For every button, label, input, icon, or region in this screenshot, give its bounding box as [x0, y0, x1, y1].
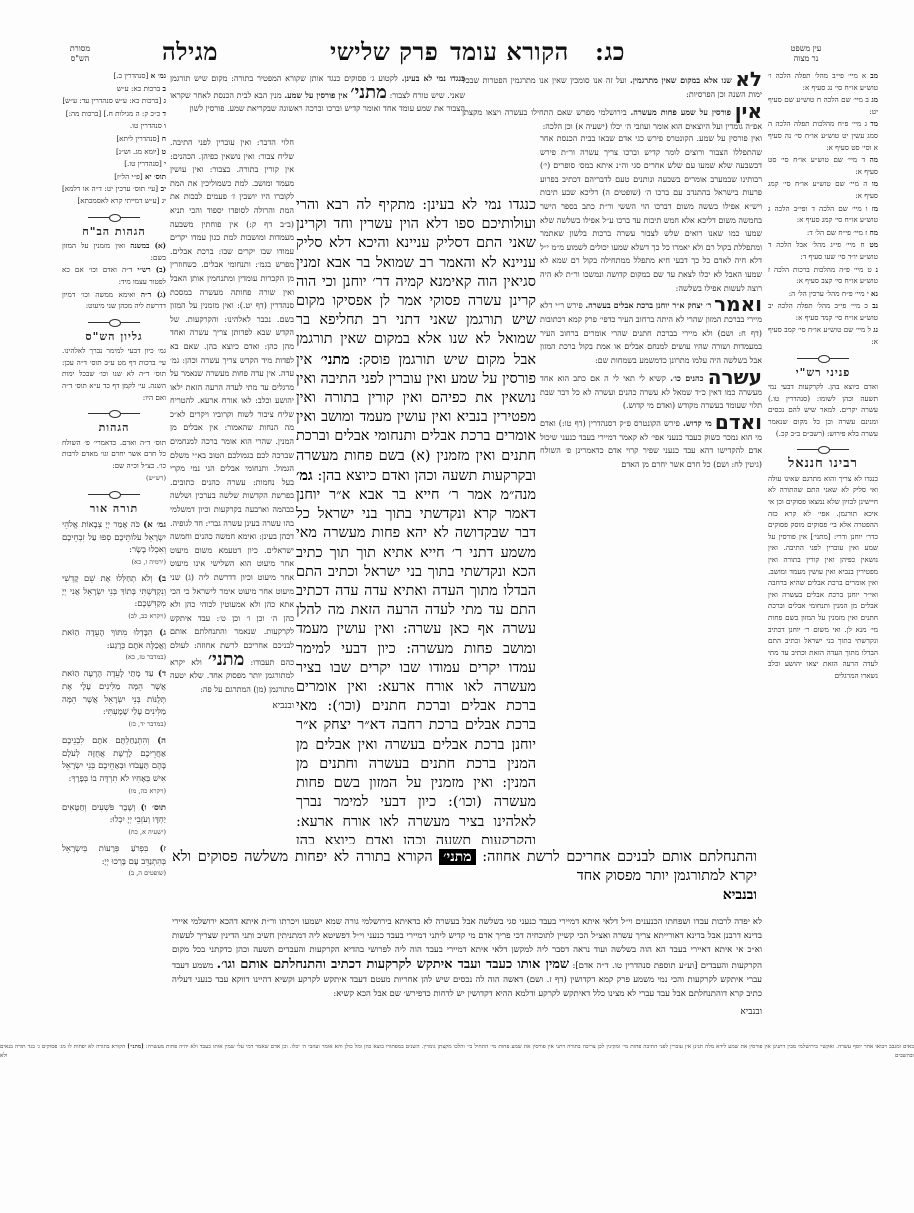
verse-text: הִבָּדְלוּ מִתּוֹךְ הָעֵדָה הַזֹּאת וַאֲ…	[62, 627, 166, 650]
commentary-entry: אין פורסין על שמע פחות מעשרה. בירושלמי מ…	[462, 102, 762, 130]
entry-marker: ד)	[158, 668, 166, 678]
entry-marker: (א)	[155, 241, 166, 250]
hagahot-habach-title: הגהות הב"ח	[62, 226, 166, 238]
entry-marker: ו	[164, 121, 166, 130]
inner-commentary-top-block: כנגדו נמי לא בעינן. לקטוע ג׳ פסוקים כנגד…	[170, 72, 465, 134]
entry-marker: ח	[162, 134, 166, 143]
commentary-top-block: לא שנו אלא במקום שאין מתרגמין. ועל זה אנ…	[462, 70, 762, 130]
commentary-entry: עשרה כהנים כו׳. קשיא לי תאי לי ה אם כתב …	[540, 368, 762, 413]
ein-mishpat-entry: מו ה מיי׳ שם טוש״ע או״ח סי׳ קמג סעיף א:	[768, 178, 878, 201]
ein-mishpat-entry: מח ז מיי׳ פי״ח שם הל׳ ד:	[768, 227, 878, 239]
mesoret-entry: ו סנהדרין טו.	[62, 120, 166, 132]
outer-commentary-column: ואין פורסין על שמע. הקונטרס פירש כגי אדם…	[540, 132, 762, 852]
bottom-commentary-block: לא יפדה לרבות עבדו ושפחתו הכנענים וי״ל ד…	[172, 915, 762, 1035]
entry-marker: גמ׳ א)	[143, 519, 166, 529]
mesoret-entry: י [סנהדרין טו.]	[62, 158, 166, 170]
verse-text: וְהִתְנַחַלְתֶּם אֹתָם לִבְנֵיכֶם אַחֲרֵ…	[62, 735, 166, 783]
entry-text: ברכות כא: ע״ש	[117, 84, 160, 93]
commentary-text: ואין פורסין על שמע. הקונטרס פירש כגי אדם…	[540, 134, 762, 293]
entry-marker: י	[164, 159, 166, 168]
continuation-word: ובנביא	[170, 700, 294, 714]
ein-mishpat-entry: מד ג מיי׳ פ״ח מהלכות תפלה הלכה ה סמג עשי…	[768, 118, 878, 153]
entry-text: י מיי׳ פ״ח מהל׳ ערכין הל׳ ה:	[789, 289, 869, 298]
inner-commentary-column: חלוי הדבר: ואין עוברין לפני התיבה. שליח …	[170, 136, 294, 856]
entry-text: [פ״י הל״ז]	[114, 172, 143, 181]
entry-text: ואימא ממשה וכו׳ דמיון דדרשת ליה מכהן שני…	[62, 290, 166, 311]
ein-mishpat-heading: עין משפט נר מצוה	[770, 44, 842, 64]
verse-text: וְלֹא תְחַלְּלוּ אֶת שֵׁם קָדְשִׁי וְנִק…	[62, 573, 166, 609]
bach-entry: (ב) רש״י ד״ה ואדם וכו׳ אם כא לפטור עצמו …	[62, 264, 166, 287]
entry-marker: יב	[161, 184, 166, 193]
rabbeinu-chananel-title: רבינו חננאל	[768, 458, 878, 470]
ein-mishpat-entry: מט ח מיי׳ פי״ג מהל׳ אבל הלכה ד טוש״ע יו״…	[768, 239, 878, 262]
mesoret-entry: ב ברכות כא: ע״ש	[62, 83, 166, 95]
mesoret-entry: ג [ברכות כא: ע״ש סנהדרין עד: ע״ש]	[62, 95, 166, 107]
entry-marker: מז	[872, 204, 878, 213]
ornament-divider-icon	[88, 319, 140, 325]
matni-label: מתני׳	[321, 351, 350, 368]
continuation-word: ובנביא	[172, 886, 757, 905]
torah-or-entry: תוס׳ ו) וְשֶׁבֶר פֹּשְׁעִים וְחַטָּאִים …	[62, 801, 166, 839]
hagahot-title: הגהות	[62, 422, 166, 434]
entry-marker: נב	[872, 301, 878, 310]
entry-text: ב מיי׳ שם הלכה ח טוש״ע שם סעיף יט:	[768, 95, 878, 116]
torah-or-entry: ג) הִבָּדְלוּ מִתּוֹךְ הָעֵדָה הַזֹּאת ו…	[62, 626, 166, 664]
hagahot-ref: (רש״ש)	[62, 473, 166, 485]
dibbur-hamatchil: פורסין על שמע פחות מעשרה.	[630, 107, 730, 117]
verse-ref: (ויקרא כב, לב)	[62, 611, 166, 623]
ornament-divider-icon	[797, 446, 849, 452]
dibbur-hamatchil: כהנים כו׳.	[670, 373, 703, 383]
entry-text: [סנהדרין ב.]	[113, 71, 148, 80]
dibbur-hamatchil: כנגדו נמי לא בעינן.	[402, 73, 465, 83]
entry-text: ג מיי׳ פ״ח מהלכות תפלה הלכה ה סמג עשין י…	[768, 119, 878, 151]
mishnah-text: אין פורסין על שמע ואין עוברין לפני התיבה…	[296, 352, 536, 484]
gemara-text: והתנחלתם אותם לבניכם אחריכם לרשת אחוזה:	[482, 849, 757, 865]
ein-mishpat-entry: נא י מיי׳ פ״ח מהל׳ ערכין הל׳ ה:	[768, 288, 878, 300]
torah-or-title: תורה אור	[62, 503, 166, 515]
torah-or-entry: ב) וְלֹא תְחַלְּלוּ אֶת שֵׁם קָדְשִׁי וְ…	[62, 572, 166, 623]
gemara-text: מנה״מ אמר ר׳ חייא בר אבא א״ר יוחנן דאמר …	[296, 487, 536, 844]
entry-marker: גמ׳ א	[151, 71, 166, 80]
mesoret-entry: תוס׳ יא [פ״י הל״ז]	[62, 171, 166, 183]
initial-word: ואמר	[714, 292, 762, 316]
ein-mishpat-entry: נ ט מיי׳ פ״ה מהלכות ברכות הלכה ז טוש״ע א…	[768, 264, 878, 287]
entry-marker: ב	[163, 84, 166, 93]
entry-marker: ב)	[158, 573, 166, 583]
ein-mishpat-entry: נב כ מיי׳ פי״ב מהל׳ תפלה הלכה יב טוש״ע א…	[768, 300, 878, 323]
torah-or-entry: ז) בִּפְרֹעַ פְּרָעוֹת בְּיִשְׂרָאֵל בְּ…	[62, 842, 166, 880]
mesoret-entry: גמ׳ א [סנהדרין ב.]	[62, 70, 166, 82]
entry-text: כ״כ ק: ה מגילות ח.] [ברכות מה:]	[66, 109, 160, 118]
gemara-text: כנגדו נמי לא בעינן: מתקיף לה רבא והרי וע…	[296, 197, 536, 368]
entry-marker: נג	[873, 325, 878, 334]
gilyon-hashas-text: גמ׳ כיון דבעי למימר נברך לאלהינו. עי׳ בר…	[62, 345, 166, 403]
torah-or-entry: ה) וְהִתְנַחַלְתֶּם אֹתָם לִבְנֵיכֶם אַח…	[62, 734, 166, 798]
left-margin-column: גמ׳ א [סנהדרין ב.] ב ברכות כא: ע״ש ג [בר…	[62, 70, 166, 920]
verse-ref: (במדבר יד, כז)	[62, 719, 166, 731]
verse-ref: (ויקרא כה, מו)	[62, 786, 166, 798]
verse-ref: (במדבר טז, כא)	[62, 652, 166, 664]
commentary-text: חלוי הדבר: ואין עוברין לפני התיבה. שליח …	[170, 138, 294, 667]
verse-ref: (שופטים ה, ב)	[62, 868, 166, 880]
entry-text: כ מיי׳ פי״ב מהל׳ תפלה הלכה יב טוש״ע או״ח…	[768, 301, 878, 322]
ornament-divider-icon	[797, 355, 849, 361]
bach-entry: (ג) ד״ה ואימא ממשה וכו׳ דמיון דדרשת ליה …	[62, 289, 166, 312]
ein-mishpat-list: מב א מיי׳ פי״ב מהל׳ תפלה הלכה ו׳ טוש״ע א…	[768, 70, 878, 348]
hashas-label: הש"ס	[40, 54, 120, 64]
initial-word: ואדם	[715, 410, 762, 434]
penini-rashi-title: פניני רש"י	[768, 367, 878, 379]
entry-text: [יומא מג. וש״נ]	[116, 147, 159, 156]
ein-mishpat-entry: מב א מיי׳ פי״ב מהל׳ תפלה הלכה ו׳ טוש״ע א…	[768, 70, 878, 93]
hagahot-text: תוס׳ ד״ה ואדם. כדאמרי׳ פ׳ השולח כל חרם א…	[62, 437, 166, 472]
mesoret-entry: ד כ״כ ק: ה מגילות ח.] [ברכות מה:]	[62, 108, 166, 120]
verse-ref: (ירמיה ז, כא)	[62, 557, 166, 569]
entry-text: ח מיי׳ פי״ג מהל׳ אבל הלכה ד טוש״ע יו״ד ס…	[768, 240, 878, 261]
entry-marker: מח	[869, 228, 878, 237]
matni-label: מתני׳	[350, 82, 386, 103]
matni-label: [מתני׳]	[127, 1044, 144, 1050]
mesoret-entry: יב [עי׳ תוס׳ ערכין יט: ד״ה או דלמא] יג […	[62, 183, 166, 206]
bach-entry: (א) במשנה ואין מזמנין על המזון בשם:	[62, 240, 166, 263]
ein-mishpat-label: עין משפט	[770, 44, 842, 54]
matni-highlight-label: מתני׳	[439, 849, 475, 865]
entry-marker: מט	[869, 240, 878, 249]
entry-text: ואין מזמנין על המזון בשם:	[62, 241, 166, 262]
dibbur-hamatchil: שנו אלא במקום שאין מתרגמין.	[630, 75, 732, 85]
ner-mitzvah-label: נר מצוה	[770, 54, 842, 64]
dibbur-hamatchil: שמין אותו כעבד ועבד איתקש לקרקעות דכתיב …	[217, 957, 569, 972]
ein-mishpat-entry: נג ל מיי׳ שם טוש״ע או״ח סי׳ קמב סעיף א:	[768, 324, 878, 347]
entry-marker: נא	[871, 289, 878, 298]
commentary-entry: ואמר ר׳ יצחק א״ר יוחנן ברכת אבלים בעשרה.…	[540, 295, 762, 367]
matni-label: מתני׳	[208, 649, 244, 670]
mesoret-hashas-list: גמ׳ א [סנהדרין ב.] ב ברכות כא: ע״ש ג [בר…	[62, 70, 166, 207]
entry-marker: (ב)	[156, 265, 166, 274]
entry-text: ל מיי׳ שם טוש״ע או״ח סי׳ קמב סעיף א:	[768, 325, 878, 346]
gemara-wide-text: והתנחלתם אותם לבניכם אחריכם לרשת אחוזה: …	[172, 848, 757, 918]
entry-dibbur: ד״ה	[141, 290, 151, 299]
entry-dibbur: רש״י	[137, 265, 150, 274]
entry-marker: מה	[870, 155, 878, 164]
mesoret-entry: ט [יומא מג. וש״נ]	[62, 146, 166, 158]
rabbeinu-chananel-text: כנגדו לא צריך והוא מתרגם שאינו עולה ואי …	[768, 473, 878, 682]
entry-marker: ד	[163, 109, 166, 118]
verse-text: בִּפְרֹעַ פְּרָעוֹת בְּיִשְׂרָאֵל בְּהִת…	[62, 843, 166, 866]
perek-number: פרק שלישי	[330, 38, 438, 66]
gemara-label: גמ׳	[296, 467, 313, 484]
entry-text: ז מיי׳ פי״ח שם הל׳ ד:	[807, 228, 867, 237]
dibbur-hamatchil: ר׳ יצחק א״ר יוחנן ברכת אבלים בעשרה.	[585, 300, 711, 310]
ein-mishpat-entry: מז ו מיי׳ שם הלכה ד ופי״ב הלכה ג טוש״ע א…	[768, 203, 878, 226]
perek-name: הקורא עומד	[450, 38, 569, 66]
entry-marker: ט	[162, 147, 166, 156]
entry-text: [עי׳ תוס׳ ערכין יט: ד״ה או דלמא] יג [ע״ש…	[62, 184, 166, 205]
entry-marker: תוס׳ ו)	[141, 802, 166, 812]
ornament-divider-icon	[88, 410, 140, 416]
ornament-divider-icon	[88, 214, 140, 220]
mesoret-label: מסורת	[40, 44, 120, 54]
entry-text: א מיי׳ פי״ב מהל׳ תפלה הלכה ו׳ טוש״ע או״ח…	[768, 71, 878, 92]
continuation-word: ובנביא	[172, 1005, 762, 1019]
ein-mishpat-entry: מה ד מיי׳ שם טוש״ע או״ח סי׳ סט סעיף א:	[768, 154, 878, 177]
entry-marker: מו	[872, 179, 878, 188]
dibbur-hamatchil: מי קדוש.	[683, 418, 712, 428]
verse-text: עַד מָתַי לָעֵדָה הָרָעָה הַזֹּאת אֲשֶׁר…	[62, 668, 166, 716]
torah-or-entry: גמ׳ א) כֹּה אָמַר יְיָ צְבָאוֹת אֱלֹהֵי …	[62, 518, 166, 569]
bottom-footnotes: באים ומגבב ויבואו אחר יוסף עשרה. ואקשי׳ …	[0, 1043, 914, 1073]
commentary-entry: לא שנו אלא במקום שאין מתרגמין. ועל זה אנ…	[462, 70, 762, 102]
entry-text: ד מיי׳ שם טוש״ע או״ח סי׳ סט סעיף א:	[768, 155, 878, 176]
entry-text: סנהדרין טו.	[130, 121, 162, 130]
ein-mishpat-entry: מג ב מיי׳ שם הלכה ח טוש״ע שם סעיף יט:	[768, 94, 878, 117]
masechet-name: מגילה	[162, 38, 218, 66]
mesoret-entry: ח [סנהדרין ליתא]	[62, 133, 166, 145]
entry-marker: תוס׳ יא	[145, 172, 166, 181]
entry-marker: ג	[164, 96, 166, 105]
mesoret-hashas-heading: מסורת הש"ס	[40, 44, 120, 64]
entry-marker: ז)	[160, 843, 166, 853]
footnote-text: באים ומגבב ויבואו אחר יוסף עשרה. ואקשי׳ …	[146, 1044, 914, 1050]
entry-text: ד״ה ואדם וכו׳ אם כא לפטור עצמו מיד:	[62, 265, 166, 286]
penini-rashi-text: ואדם כיוצא בהן. לקרקעות דבעי נמי תשעה וכ…	[768, 381, 878, 439]
entry-text: ט מיי׳ פ״ה מהלכות ברכות הלכה ז טוש״ע או״…	[768, 265, 878, 286]
dibbur-hamatchil: אין פורסין על שמע.	[284, 90, 347, 100]
entry-text: ה מיי׳ שם טוש״ע או״ח סי׳ קמג סעיף א:	[768, 179, 878, 200]
torah-or-entry: ד) עַד מָתַי לָעֵדָה הָרָעָה הַזֹּאת אֲש…	[62, 667, 166, 731]
entry-text: [סנהדרין ליתא]	[116, 134, 159, 143]
commentary-entry: ואדם מי קדוש. פירש הקונטרס פ״ק דסנהדרין …	[540, 413, 762, 472]
initial-word: אין	[735, 99, 762, 123]
initial-word: לא	[735, 70, 762, 91]
entry-text: [ברכות כא: ע״ש סנהדרין עד: ע״ש]	[62, 96, 161, 105]
entry-marker: (ג)	[157, 290, 166, 299]
gemara-main-text: כנגדו נמי לא בעינן: מתקיף לה רבא והרי וע…	[296, 196, 536, 844]
daf-number: כג:	[595, 38, 625, 66]
entry-marker: ג)	[159, 627, 166, 637]
entry-text: [סנהדרין טו.]	[124, 159, 162, 168]
gilyon-hashas-title: גליון הש"ס	[62, 331, 166, 343]
entry-text: ו מיי׳ שם הלכה ד ופי״ב הלכה ג טוש״ע או״ח…	[768, 204, 878, 225]
ornament-divider-icon	[88, 491, 140, 497]
entry-dibbur: במשנה	[130, 241, 149, 250]
initial-word: עשרה	[708, 365, 762, 389]
entry-marker: מד	[870, 119, 878, 128]
entry-marker: מג	[871, 95, 878, 104]
page-header: עין משפט נר מצוה כג: הקורא עומד פרק שליש…	[0, 38, 914, 68]
verse-ref: (ישעיה א, כח)	[62, 827, 166, 839]
entry-marker: מב	[870, 71, 878, 80]
right-margin-column: מב א מיי׳ פי״ב מהל׳ תפלה הלכה ו׳ טוש״ע א…	[768, 70, 878, 970]
entry-marker: נ	[876, 265, 878, 274]
entry-marker: ה)	[157, 735, 166, 745]
